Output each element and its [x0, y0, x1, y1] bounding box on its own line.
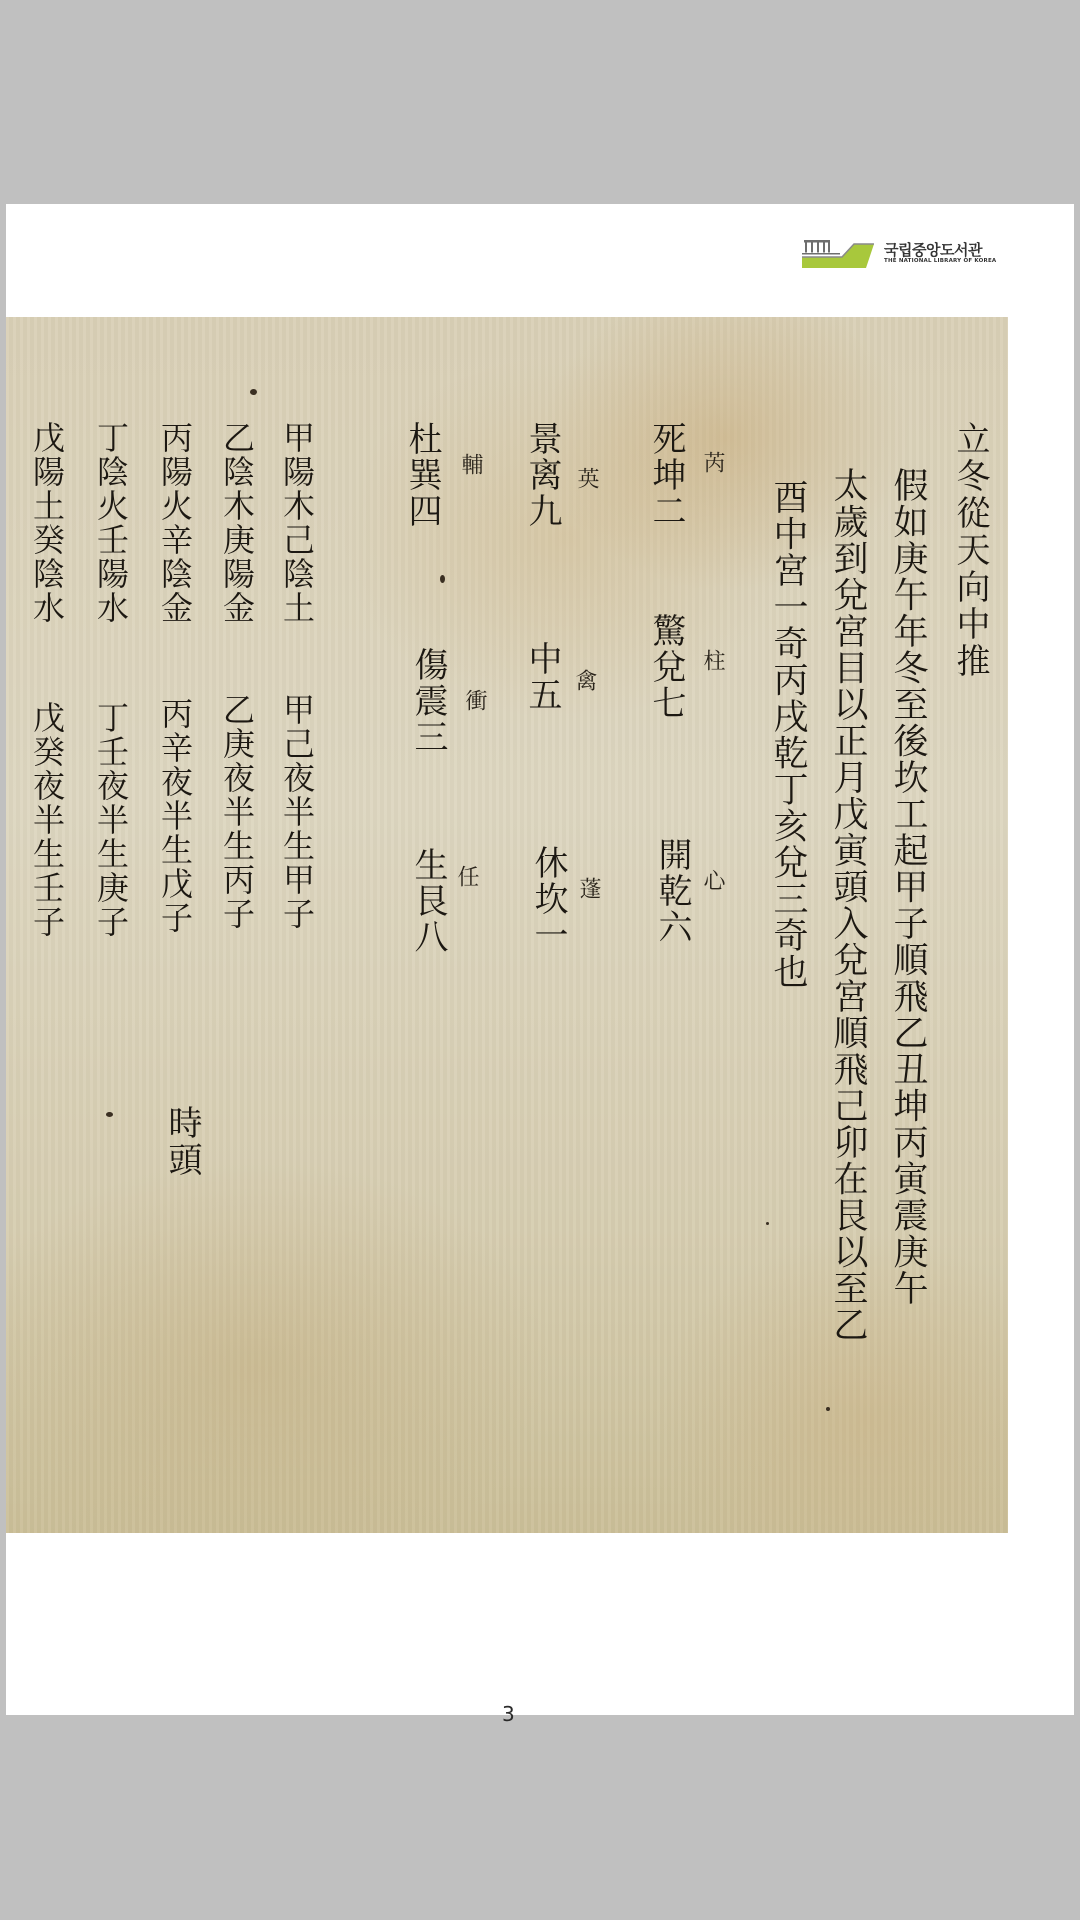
palace-gate-xun: 杜巽四 [402, 421, 442, 529]
palace-gate-qian: 開乾六 [652, 837, 692, 945]
hour-head-2: 乙庚夜半生丙子 [218, 693, 256, 931]
hour-head-4: 丁壬夜半生庚子 [92, 701, 130, 939]
palace-gate-dui: 驚兌七 [646, 613, 686, 721]
palace-star-dui: 柱 [700, 649, 724, 671]
palace-gate-center: 中五 [522, 641, 562, 713]
body-column-1: 假如庚午年冬至後坎工起甲子順飛乙丑坤丙寅震庚午 [888, 467, 928, 1307]
palace-star-qian: 心 [700, 869, 724, 891]
library-building-icon [802, 238, 874, 268]
title-column: 立冬從天向中推 [950, 421, 990, 680]
page-number: 3 [502, 1702, 515, 1726]
palace-star-zhen: 衝 [462, 689, 486, 711]
palace-star-gen: 任 [454, 865, 478, 887]
logo-korean-text: 국립중앙도서관 [884, 239, 982, 260]
palace-star-kun: 芮 [700, 451, 724, 473]
manuscript-scan: 立冬從天向中推 假如庚午年冬至後坎工起甲子順飛乙丑坤丙寅震庚午 太歲到兌宮目以正… [6, 317, 1008, 1533]
palace-gate-li: 景离九 [522, 421, 562, 529]
stem-element-5: 戊陽土癸陰水 [28, 421, 66, 625]
palace-star-xun: 輔 [458, 453, 482, 475]
palace-gate-kan: 休坎一 [528, 845, 568, 953]
library-logo: 국립중앙도서관 THE NATIONAL LIBRARY OF KOREA [802, 238, 992, 268]
stem-element-1: 甲陽木己陰土 [278, 421, 316, 625]
stem-element-4: 丁陰火壬陽水 [92, 421, 130, 625]
palace-star-center: 禽 [572, 669, 596, 691]
hour-head-5: 戊癸夜半生壬子 [28, 701, 66, 939]
palace-gate-kun: 死坤二 [646, 421, 686, 529]
hour-head-3: 丙辛夜半生戊子 [156, 697, 194, 935]
logo-english-text: THE NATIONAL LIBRARY OF KOREA [884, 258, 996, 264]
hour-heads-label: 時頭 [162, 1105, 202, 1179]
palace-gate-gen: 生艮八 [408, 847, 448, 955]
palace-star-li: 英 [574, 467, 598, 489]
body-column-3: 酉中宮一奇丙戌乾丁亥兌三奇也 [768, 479, 808, 990]
palace-star-kan: 蓬 [576, 877, 600, 899]
hour-head-1: 甲己夜半生甲子 [278, 693, 316, 931]
document-page: 국립중앙도서관 THE NATIONAL LIBRARY OF KOREA 立冬… [6, 204, 1074, 1715]
palace-gate-zhen: 傷震三 [408, 647, 448, 755]
stem-element-2: 乙陰木庚陽金 [218, 421, 256, 625]
stem-element-3: 丙陽火辛陰金 [156, 421, 194, 625]
body-column-2: 太歲到兌宮目以正月戊寅頭入兌宮順飛己卯在艮以至乙 [828, 467, 868, 1343]
